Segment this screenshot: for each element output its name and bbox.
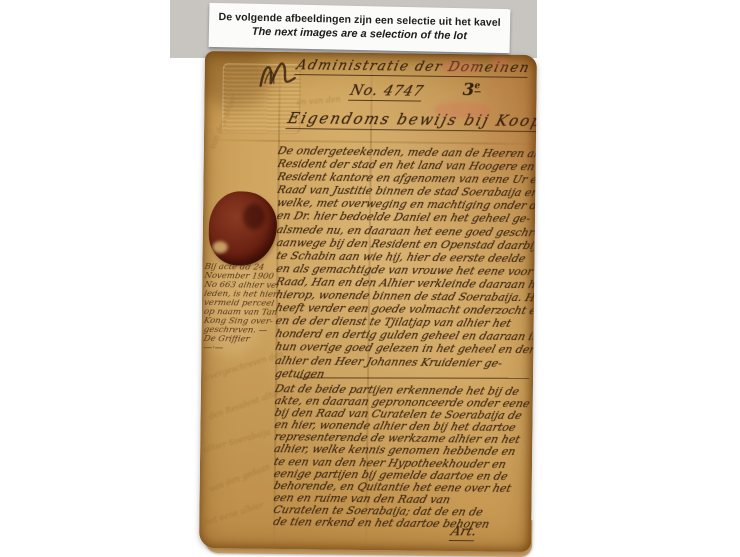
wax-seal [208, 191, 277, 266]
margin-note-line: —·— [203, 344, 279, 354]
handwritten-line: getuigen [275, 366, 535, 382]
body-paragraph-1: De ondergeteekenden, mede aan de Heeren … [275, 144, 536, 383]
ghost-line: alhier Soerabaija [202, 427, 271, 454]
margin-note: Bij acte dd 24November 1900No 663 alhier… [203, 263, 278, 354]
auction-lot-photo: Administratie der Domeinen No. 4747 3e E… [0, 0, 740, 557]
handwritten-line: de tien erkend en het daartoe behoren [273, 516, 533, 531]
red-chalk-ghost [491, 56, 509, 68]
ghost-line: van den gedaan [208, 462, 271, 494]
folio-mark: 3e [462, 80, 480, 100]
ghost-line: overgeschreven den [204, 350, 285, 383]
ghost-line: het eene alhier [203, 500, 264, 527]
manuscript-document: Administratie der Domeinen No. 4747 3e E… [199, 51, 537, 552]
body-paragraph-2: Dat de beide partijen erkennende het bij… [273, 383, 533, 531]
ghost-line: en van den [296, 95, 341, 107]
lot-banner: De volgende afbeeldingen zijn een select… [209, 3, 511, 53]
red-chalk-ghost [434, 102, 490, 119]
red-chalk-ghost [441, 60, 481, 74]
catchword: Art. [449, 524, 478, 539]
deed-title-line: Eigendoms bewijs bij Koop [286, 109, 537, 130]
header-number-line: No. 4747 [348, 83, 425, 100]
